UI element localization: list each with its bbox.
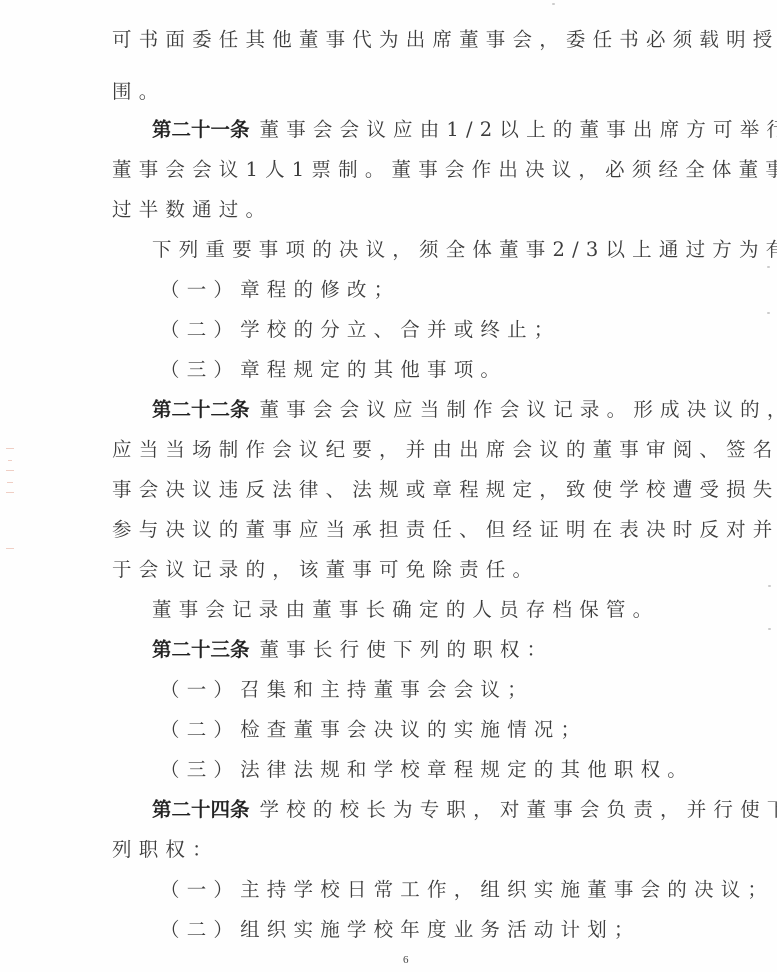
- article-21: 第二十一条董事会会议应由1/2以上的董事出席方可举行，: [152, 118, 777, 142]
- list-item: （二）检查董事会决议的实施情况；: [160, 718, 587, 742]
- paragraph: 董事会记录由董事长确定的人员存档保管。: [152, 598, 659, 622]
- text-line: 事会决议违反法律、法规或章程规定，致使学校遭受损失的，: [112, 478, 777, 502]
- article-text: 董事长行使下列的职权：: [260, 638, 554, 661]
- list-item: （一）主持学校日常工作，组织实施董事会的决议；: [160, 878, 774, 902]
- text-line: 过半数通过。: [112, 198, 272, 222]
- list-item: （二）组织实施学校年度业务活动计划；: [160, 918, 641, 942]
- scan-speck: [767, 266, 770, 268]
- article-23: 第二十三条董事长行使下列的职权：: [152, 638, 553, 662]
- list-item: （三）章程规定的其他事项。: [160, 358, 507, 382]
- article-text: 学校的校长为专职，对董事会负责，并行使下: [260, 798, 777, 821]
- article-heading: 第二十四条: [152, 798, 250, 821]
- text-line: 董事会会议1人1票制。董事会作出决议，必须经全体董事的: [112, 158, 777, 182]
- list-item: （二）学校的分立、合并或终止；: [160, 318, 561, 342]
- scan-speck: [767, 312, 770, 314]
- text-line: 参与决议的董事应当承担责任、但经证明在表决时反对并记载: [112, 518, 777, 542]
- article-text: 董事会会议应当制作会议记录。形成决议的，: [260, 398, 777, 421]
- text-line: 可书面委任其他董事代为出席董事会，委任书必须载明授权范: [112, 28, 777, 52]
- paragraph: 下列重要事项的决议，须全体董事2/3以上通过方为有效。: [152, 238, 777, 262]
- text-line: 应当当场制作会议纪要，并由出席会议的董事审阅、签名、董: [112, 438, 777, 462]
- article-heading: 第二十三条: [152, 638, 250, 661]
- text-line: 列职权：: [112, 838, 219, 862]
- list-item: （一）章程的修改；: [160, 278, 400, 302]
- article-24: 第二十四条学校的校长为专职，对董事会负责，并行使下: [152, 798, 777, 822]
- article-text: 董事会会议应由1/2以上的董事出席方可举行，: [260, 118, 777, 141]
- page-number: 6: [403, 954, 409, 966]
- list-item: （一）召集和主持董事会会议；: [160, 678, 534, 702]
- text-line: 于会议记录的，该董事可免除责任。: [112, 558, 539, 582]
- scan-speck: [552, 3, 555, 5]
- article-heading: 第二十二条: [152, 398, 250, 421]
- article-22: 第二十二条董事会会议应当制作会议记录。形成决议的，: [152, 398, 777, 422]
- scan-speck: [768, 628, 771, 630]
- scan-speck: [768, 585, 771, 587]
- document-page: 可书面委任其他董事代为出席董事会，委任书必须载明授权范 围。 第二十一条董事会会…: [0, 0, 777, 972]
- seal-stamp-mark: [4, 448, 16, 504]
- article-heading: 第二十一条: [152, 118, 250, 141]
- text-line: 围。: [112, 80, 165, 104]
- list-item: （三）法律法规和学校章程规定的其他职权。: [160, 758, 694, 782]
